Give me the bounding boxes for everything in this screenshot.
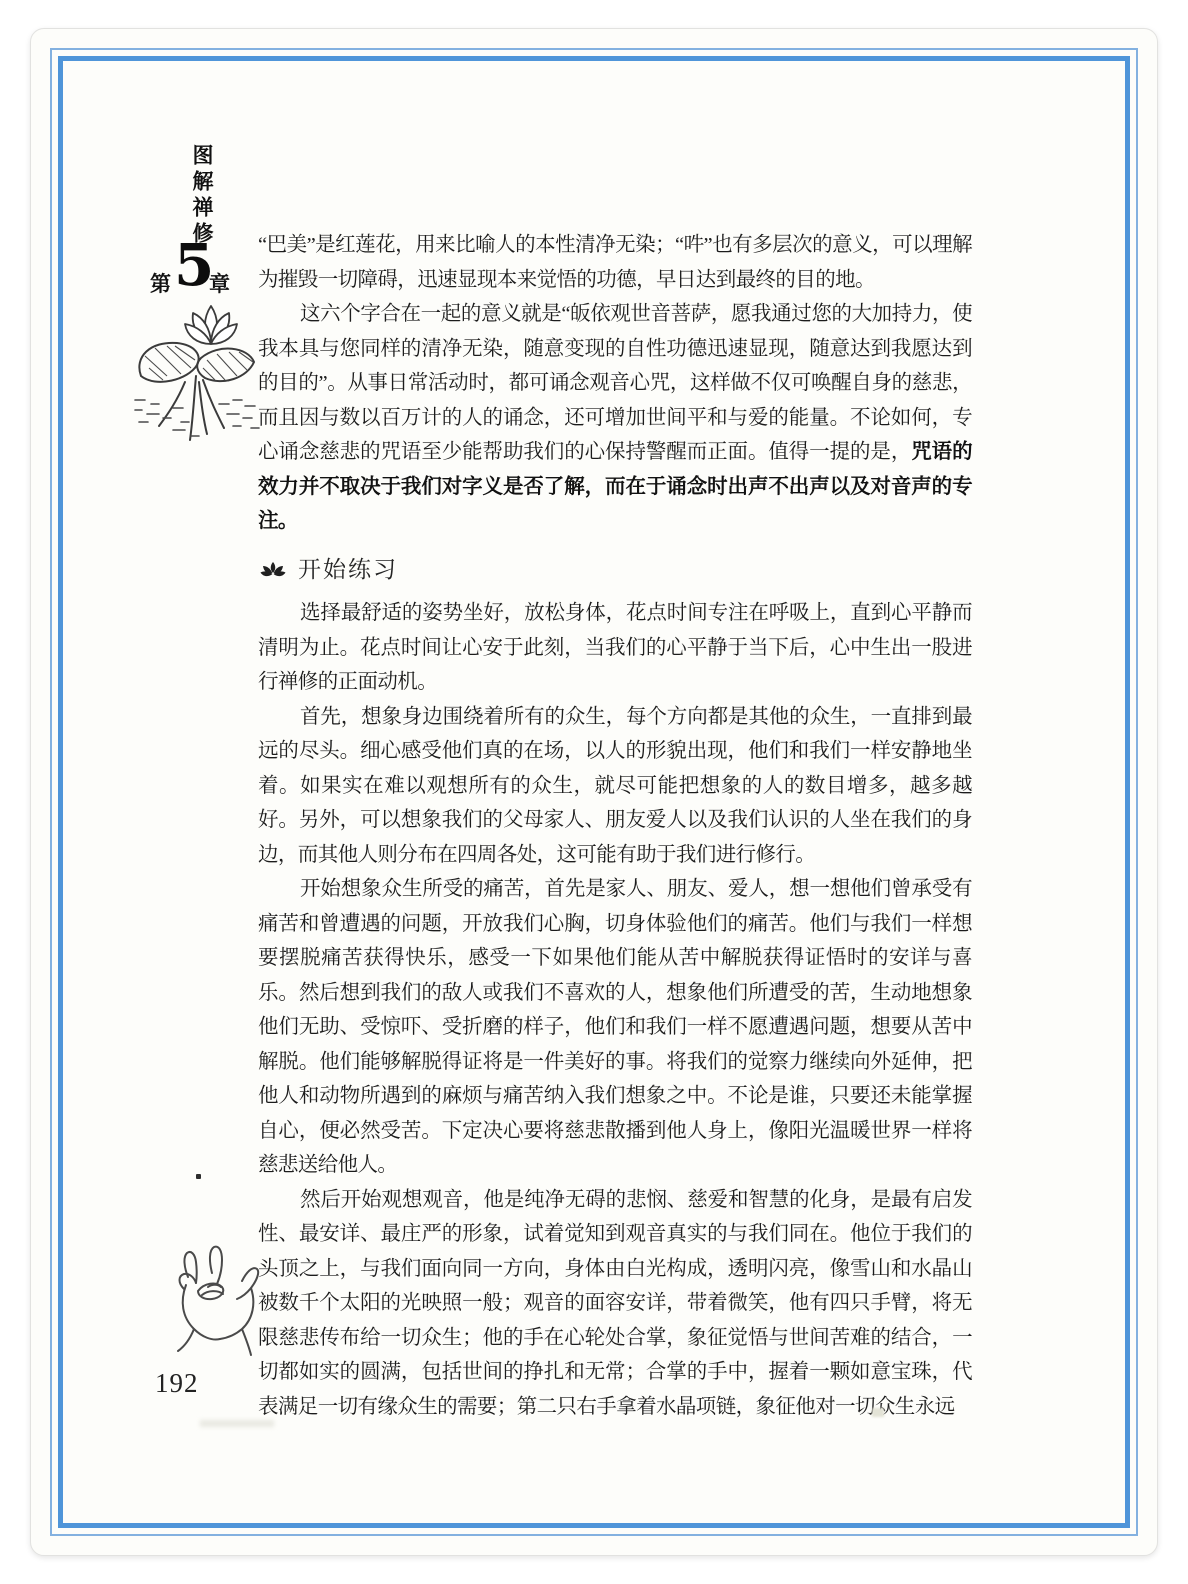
paragraph-text: 首先，想象身边围绕着所有的众生，每个方向都是其他的众生，一直排到最远的尽头。细心…: [258, 706, 972, 866]
scan-smudge-icon: [200, 1420, 274, 1427]
buddha-hand-mudra-icon: [150, 1243, 285, 1358]
lotus-flower-icon: [133, 296, 261, 446]
chapter-suffix: 章: [209, 268, 230, 298]
scan-speck-icon: [196, 1174, 201, 1179]
paragraph-text: 开始想象众生所受的痛苦，首先是家人、朋友、爱人，想一想他们曾承受有痛苦和曾遭遇的…: [258, 878, 972, 1176]
scanned-book-page: { "page": { "book_title_vertical": "图解禅修…: [0, 0, 1188, 1584]
paragraph-text: “巴美”是红莲花，用来比喻人的本性清净无染；“吽”也有多层次的意义，可以理解为摧…: [258, 234, 972, 291]
body-paragraph: “巴美”是红莲花，用来比喻人的本性清净无染；“吽”也有多层次的意义，可以理解为摧…: [258, 228, 972, 297]
body-text-column: “巴美”是红莲花，用来比喻人的本性清净无染；“吽”也有多层次的意义，可以理解为摧…: [258, 228, 972, 1424]
body-paragraph: 开始想象众生所受的痛苦，首先是家人、朋友、爱人，想一想他们曾承受有痛苦和曾遭遇的…: [258, 872, 972, 1183]
body-paragraph: 首先，想象身边围绕着所有的众生，每个方向都是其他的众生，一直排到最远的尽头。细心…: [258, 700, 972, 873]
chapter-prefix: 第: [150, 268, 171, 298]
section-heading-label: 开始练习: [298, 553, 398, 588]
section-heading: 开始练习: [260, 553, 972, 588]
body-paragraph: 选择最舒适的姿势坐好，放松身体，花点时间专注在呼吸上，直到心平静而清明为止。花点…: [258, 596, 972, 700]
scan-smudge-icon: [872, 1408, 884, 1417]
body-paragraph: 这六个字合在一起的意义就是“皈依观世音菩萨，愿我通过您的大加持力，使我本具与您同…: [258, 297, 972, 539]
body-paragraph: 然后开始观想观音，他是纯净无碍的悲悯、慈爱和智慧的化身，是最有启发性、最安详、最…: [258, 1183, 972, 1425]
paragraph-text: 选择最舒适的姿势坐好，放松身体，花点时间专注在呼吸上，直到心平静而清明为止。花点…: [258, 602, 972, 693]
paragraph-text: 然后开始观想观音，他是纯净无碍的悲悯、慈爱和智慧的化身，是最有启发性、最安详、最…: [258, 1189, 972, 1418]
paragraph-text: 这六个字合在一起的意义就是“皈依观世音菩萨，愿我通过您的大加持力，使我本具与您同…: [258, 303, 972, 463]
page-number: 192: [155, 1368, 199, 1399]
lotus-bud-icon: [260, 561, 287, 579]
